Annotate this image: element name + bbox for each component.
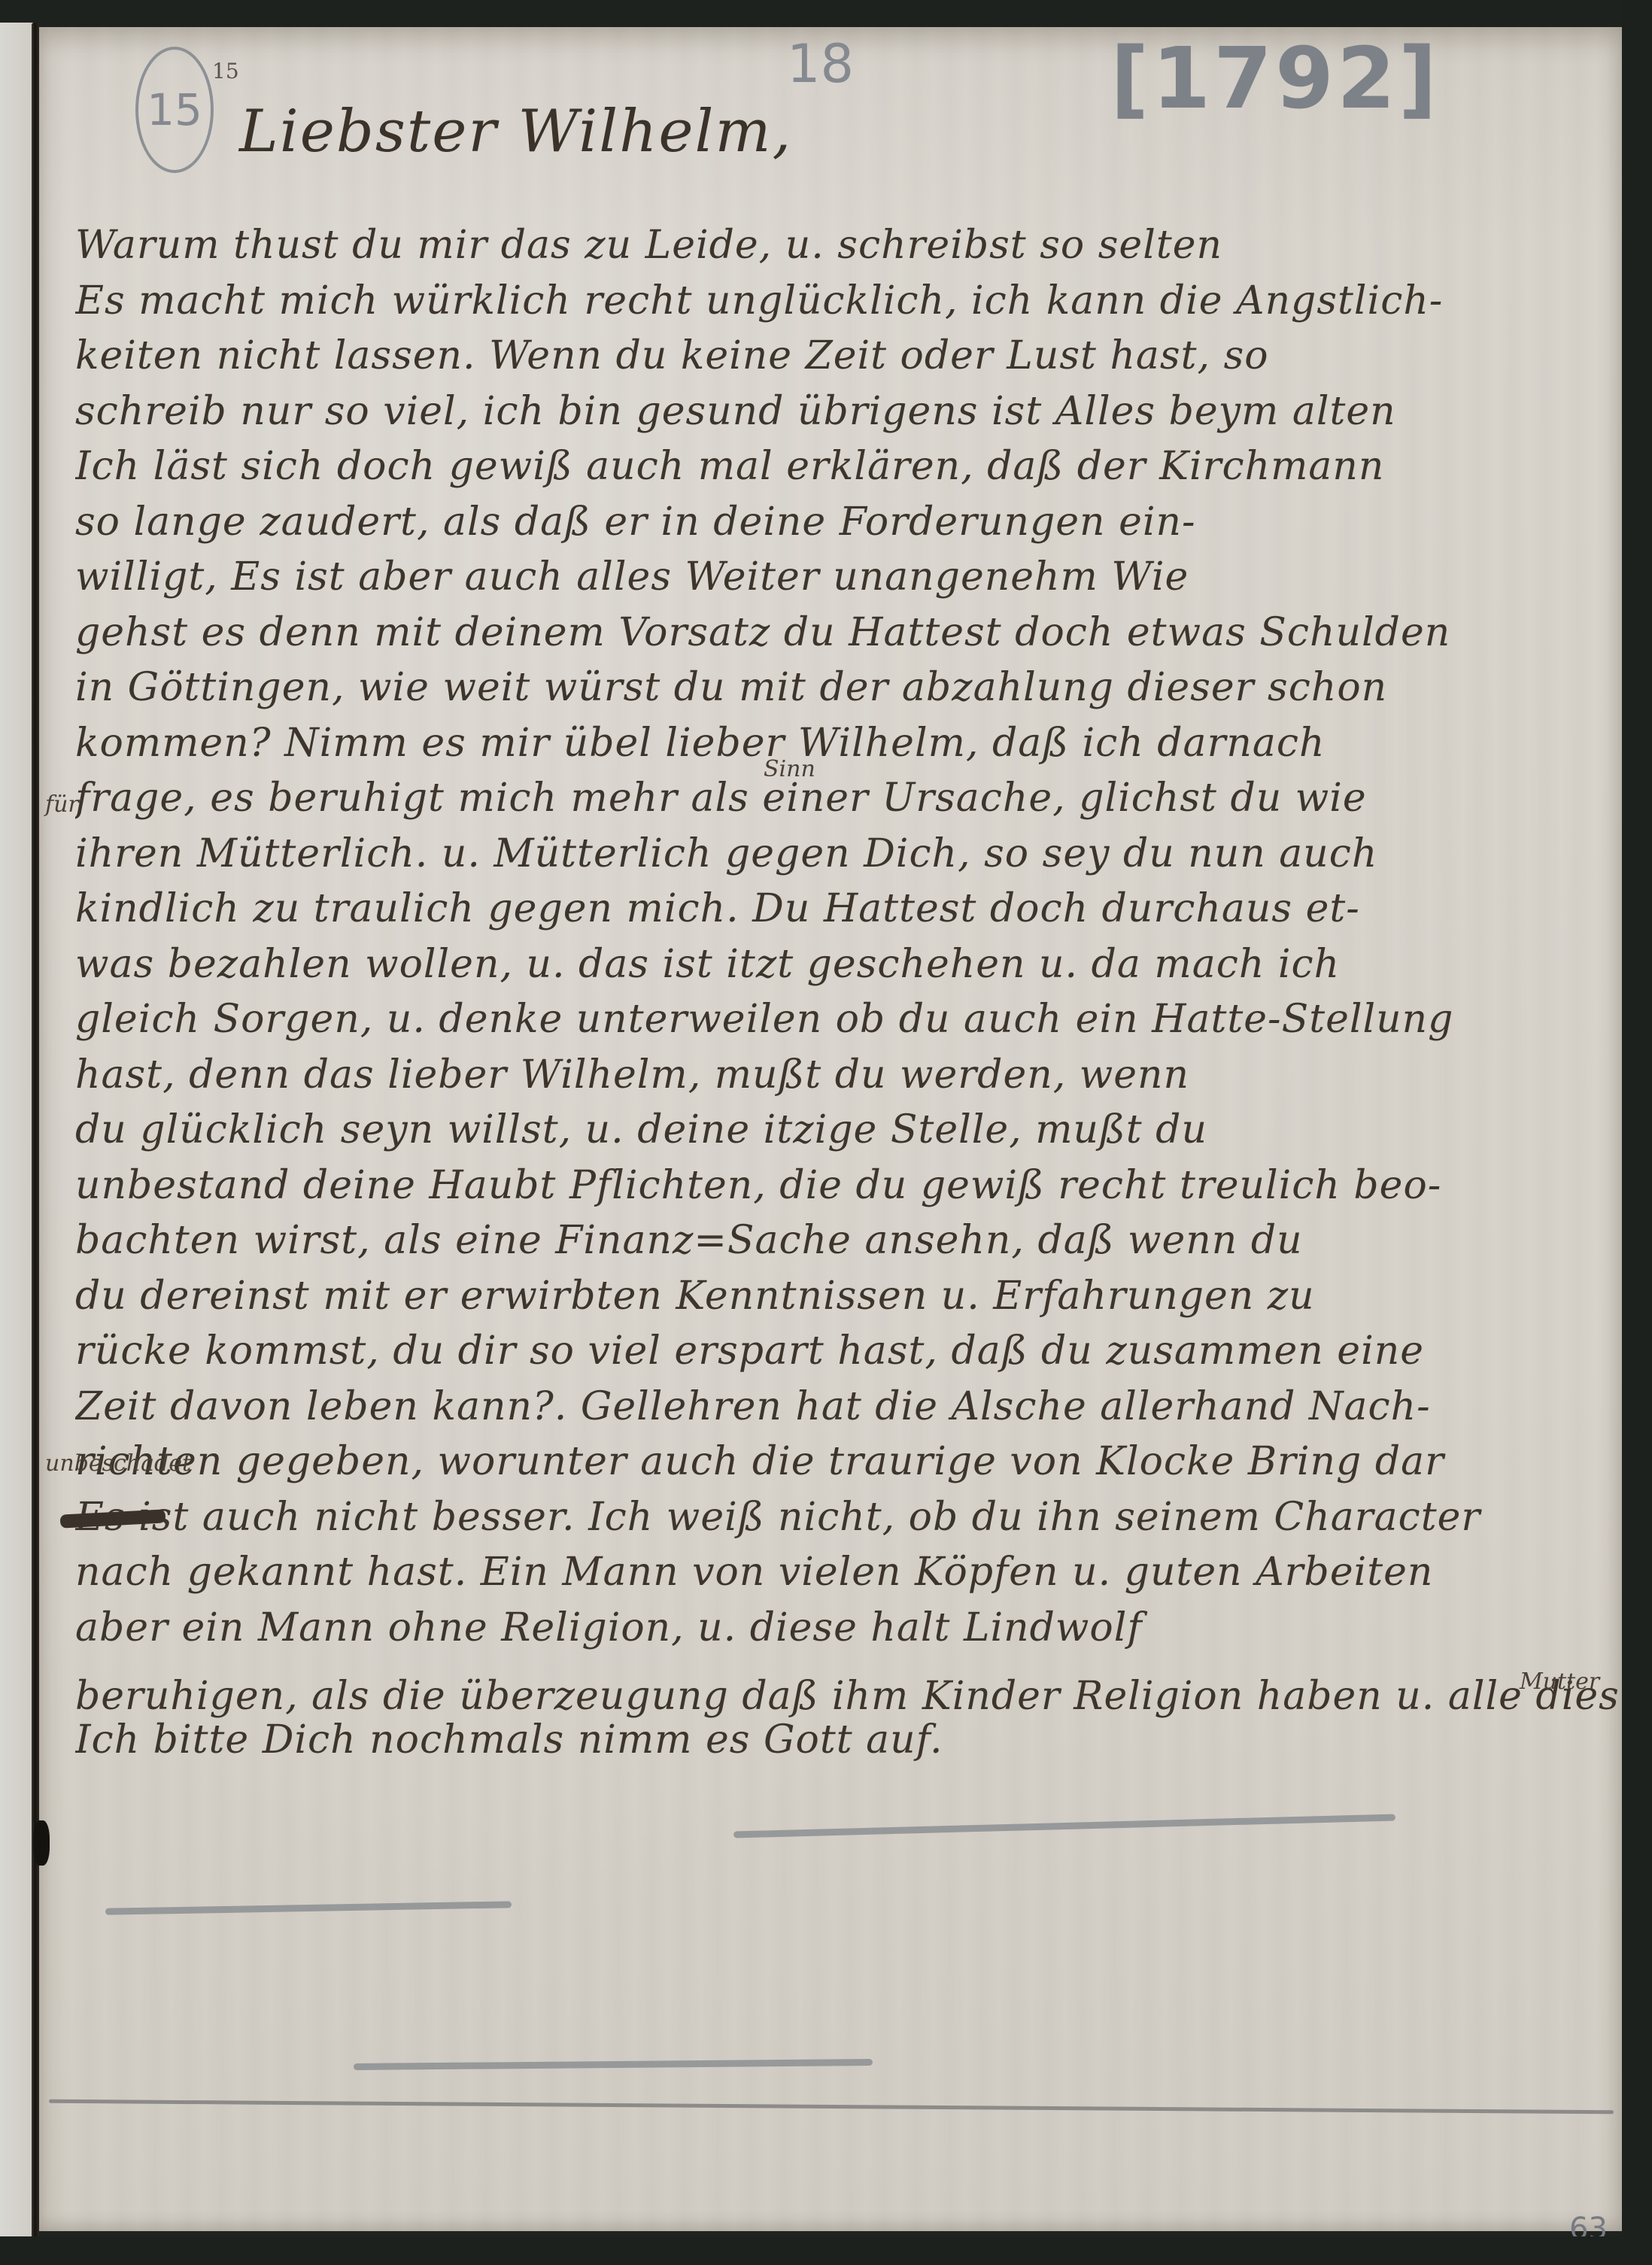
scan-background-bottom bbox=[0, 2236, 1652, 2265]
letter-body: Warum thust du mir das zu Leide, u. schr… bbox=[75, 218, 1617, 1768]
binding-gutter bbox=[32, 23, 39, 2238]
letter-line: Es macht mich würklich recht unglücklich… bbox=[75, 274, 1617, 329]
letter-line: schreib nur so viel, ich bin gesund übri… bbox=[75, 384, 1617, 440]
letter-line: Warum thust du mir das zu Leide, u. schr… bbox=[75, 218, 1617, 274]
letter-line: Ich bitte Dich nochmals nimm es Gott auf… bbox=[75, 1713, 1617, 1769]
letter-line: rücke kommst, du dir so viel erspart has… bbox=[75, 1324, 1617, 1380]
letter-line: frage, es beruhigt mich mehr als einer U… bbox=[75, 771, 1617, 827]
letter-line: willigt, Es ist aber auch alles Weiter u… bbox=[75, 550, 1617, 606]
margin-note: Mutter bbox=[1520, 1668, 1599, 1695]
letter-line: in Göttingen, wie weit würst du mit der … bbox=[75, 660, 1617, 716]
archive-date: [1792] bbox=[1110, 30, 1440, 128]
letter-line: gehst es denn mit deinem Vorsatz du Hatt… bbox=[75, 606, 1617, 661]
letter-salutation: Liebster Wilhelm, bbox=[239, 98, 792, 165]
letter-line: unbestand deine Haubt Pflichten, die du … bbox=[75, 1158, 1617, 1214]
scan-background-right bbox=[1622, 0, 1652, 2265]
margin-note: Sinn bbox=[764, 756, 815, 782]
letter-line: was bezahlen wollen, u. das ist itzt ges… bbox=[75, 937, 1617, 993]
scan-background-top bbox=[0, 0, 1652, 29]
small-folio-number: 15 bbox=[212, 59, 239, 83]
archive-number-text: 15 bbox=[147, 84, 202, 135]
letter-line: du glücklich seyn willst, u. deine itzig… bbox=[75, 1103, 1617, 1158]
archive-circled-number: 15 bbox=[135, 47, 214, 173]
letter-line: so lange zaudert, als daß er in deine Fo… bbox=[75, 495, 1617, 551]
ink-blot bbox=[33, 1820, 50, 1866]
letter-line: keiten nicht lassen. Wenn du keine Zeit … bbox=[75, 329, 1617, 384]
letter-line: aber ein Mann ohne Religion, u. diese ha… bbox=[75, 1601, 1617, 1656]
letter-line: richten gegeben, worunter auch die traur… bbox=[75, 1435, 1617, 1490]
letter-line: du dereinst mit er erwirbten Kenntnissen… bbox=[75, 1269, 1617, 1325]
letter-line: kommen? Nimm es mir übel lieber Wilhelm,… bbox=[75, 716, 1617, 772]
pencil-folio-number: 18 bbox=[787, 33, 854, 95]
margin-note: unbeschadet bbox=[45, 1450, 191, 1477]
letter-line: nach gekannt hast. Ein Mann von vielen K… bbox=[75, 1545, 1617, 1601]
letter-line: ihren Mütterlich. u. Mütterlich gegen Di… bbox=[75, 827, 1617, 882]
adjacent-page-edge bbox=[0, 23, 36, 2238]
letter-line: hast, denn das lieber Wilhelm, mußt du w… bbox=[75, 1048, 1617, 1104]
letter-line: Ich läst sich doch gewiß auch mal erklär… bbox=[75, 439, 1617, 495]
letter-line: Zeit davon leben kann?. Gellehren hat di… bbox=[75, 1380, 1617, 1435]
letter-line: gleich Sorgen, u. denke unterweilen ob d… bbox=[75, 992, 1617, 1048]
letter-line: bachten wirst, als eine Finanz=Sache ans… bbox=[75, 1213, 1617, 1269]
letter-line: Es ist auch nicht besser. Ich weiß nicht… bbox=[75, 1490, 1617, 1546]
letter-line: kindlich zu traulich gegen mich. Du Hatt… bbox=[75, 882, 1617, 937]
margin-note: für bbox=[45, 791, 79, 818]
